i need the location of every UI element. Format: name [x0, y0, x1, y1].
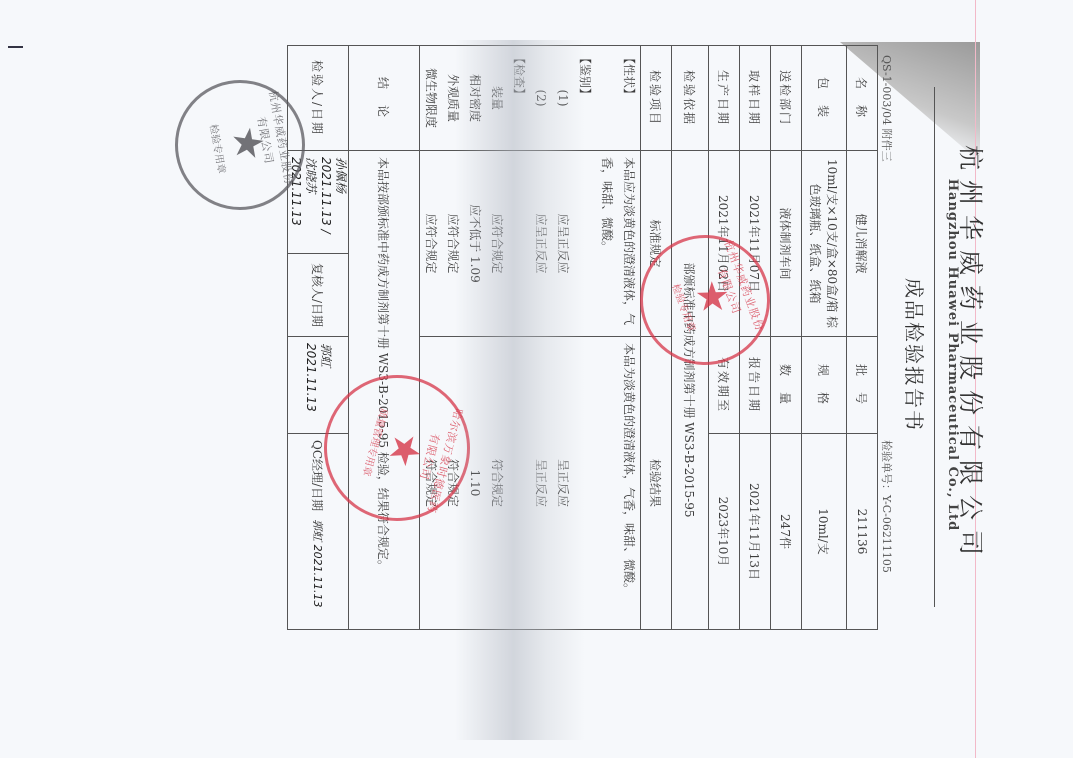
report-date: 2021年11月13日	[740, 434, 771, 630]
packaging: 10ml/支×10支/盒×80盒/箱 棕色玻璃瓶、纸盒、纸箱	[802, 151, 847, 337]
test-standard: 本品应为淡黄色的澄清液体，气香，味甜、微酸。	[596, 157, 640, 330]
qc-manager-signature: 郭虹 2021.11.13	[311, 519, 326, 607]
header-rule	[934, 87, 935, 607]
info-label: 送检部门	[771, 46, 802, 151]
conclusion-row: 结 论 本品按部颁标准中药成方制剂第十册 WS3-B-2015-95 检验，结果…	[349, 46, 420, 630]
info-label: 包 装	[802, 46, 847, 151]
company-name-en: Hangzhou Huawei Pharmaceutical Co., Ltd	[945, 105, 960, 605]
batch-number: 211136	[847, 434, 878, 630]
info-label: 数 量	[771, 337, 802, 434]
info-label: 批 号	[847, 337, 878, 434]
report-title: 成品检验报告书	[901, 105, 930, 605]
submitting-department: 液体制剂车间	[771, 151, 802, 337]
conclusion-label: 结 论	[349, 46, 420, 151]
test-item: 微生物限度	[420, 52, 442, 144]
basis-label: 检验依据	[672, 46, 709, 151]
info-row: 送检部门 液体制剂车间 数 量 247件	[771, 46, 802, 630]
quantity: 247件	[771, 434, 802, 630]
test-standard: 应符合规定	[420, 157, 442, 330]
col-header-item: 检验项目	[641, 46, 672, 151]
info-row: 名 称 健儿消解液 批 号 211136	[847, 46, 878, 630]
scan-fold-shadow	[455, 40, 585, 740]
info-label: 生产日期	[709, 46, 740, 151]
expiry-date: 2023年10月	[709, 434, 740, 630]
basis-value: 部颁标准中药成方制剂第十册 WS3-B-2015-95	[672, 151, 709, 630]
report-number-label: 检验单号：	[880, 440, 893, 495]
report-header: 杭州华威药业股份有限公司 Hangzhou Huawei Pharmaceuti…	[910, 45, 990, 635]
product-name: 健儿消解液	[847, 151, 878, 337]
test-item: 【性状】	[618, 52, 640, 144]
specification: 10ml/支	[802, 434, 847, 630]
info-label: 规 格	[802, 337, 847, 434]
info-label: 名 称	[847, 46, 878, 151]
info-label: 取样日期	[740, 46, 771, 151]
test-result: 本品为淡黄色的澄清液体，气香，味甜、微酸。	[596, 343, 640, 623]
report-number-value: Y-C-06211105	[880, 495, 893, 573]
reviewer-signature-text: 郭虹 2021.11.13	[304, 343, 333, 412]
signature-label: 复核人/日期	[288, 254, 349, 337]
report-number: 检验单号：Y-C-06211105	[879, 440, 895, 573]
col-header-result: 检验结果	[641, 337, 672, 630]
form-code: QS-1-003/04 附件三	[879, 55, 895, 162]
scan-edge-mark	[8, 46, 23, 48]
info-row: 包 装 10ml/支×10支/盒×80盒/箱 棕色玻璃瓶、纸盒、纸箱 规 格 1…	[802, 46, 847, 630]
